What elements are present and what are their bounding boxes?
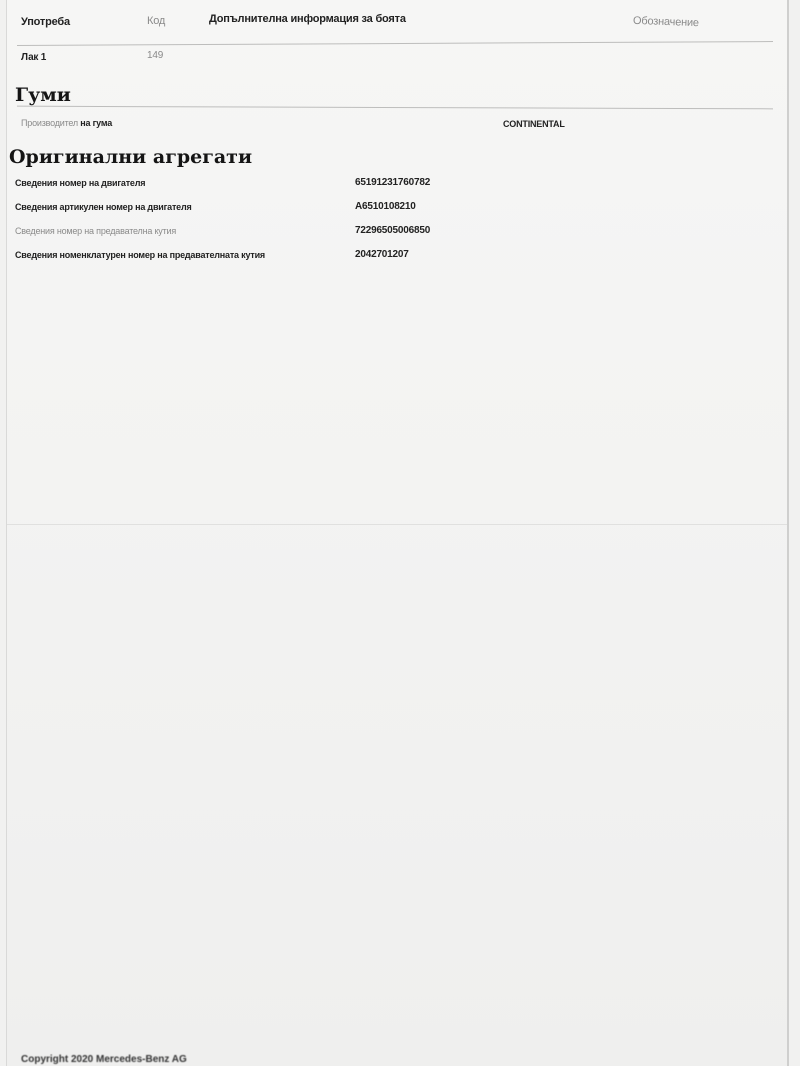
transmission-number-value: 72296505006850: [355, 225, 430, 236]
paper-fold-line: [7, 524, 787, 525]
paint-code-value: 149: [147, 50, 163, 61]
paint-header-usage: Употреба: [21, 16, 70, 28]
paint-header-designation: Обозначение: [633, 15, 699, 29]
original-units-section-title: Оригинални агрегати: [9, 146, 252, 168]
engine-part-number-value: A6510108210: [355, 201, 416, 212]
transmission-part-number-value: 2042701207: [355, 249, 409, 260]
paint-header-additional-info: Допълнителна информация за боята: [209, 13, 406, 25]
engine-number-value: 65191231760782: [355, 177, 430, 188]
paint-header-code: Код: [147, 15, 165, 27]
paint-header-divider: [17, 41, 773, 46]
engine-part-number-label: Сведения артикулен номер на двигателя: [15, 202, 192, 212]
tires-section-title: Гуми: [15, 84, 71, 106]
tire-manufacturer-label-light: Производител: [21, 118, 78, 128]
document-page: Употреба Код Допълнителна информация за …: [6, 0, 789, 1066]
tire-manufacturer-value: CONTINENTAL: [503, 119, 565, 129]
copyright-footer: Copyright 2020 Mercedes-Benz AG: [21, 1054, 187, 1065]
tires-divider: [17, 106, 773, 110]
tire-manufacturer-label: Производител на гума: [21, 118, 112, 128]
transmission-number-label: Сведения номер на предавателна кутия: [15, 226, 176, 236]
paint-usage-value: Лак 1: [21, 52, 46, 63]
transmission-part-number-label: Сведения номенклатурен номер на предават…: [15, 250, 265, 260]
engine-number-label: Сведения номер на двигателя: [15, 178, 145, 188]
tire-manufacturer-label-bold: на гума: [78, 118, 112, 128]
